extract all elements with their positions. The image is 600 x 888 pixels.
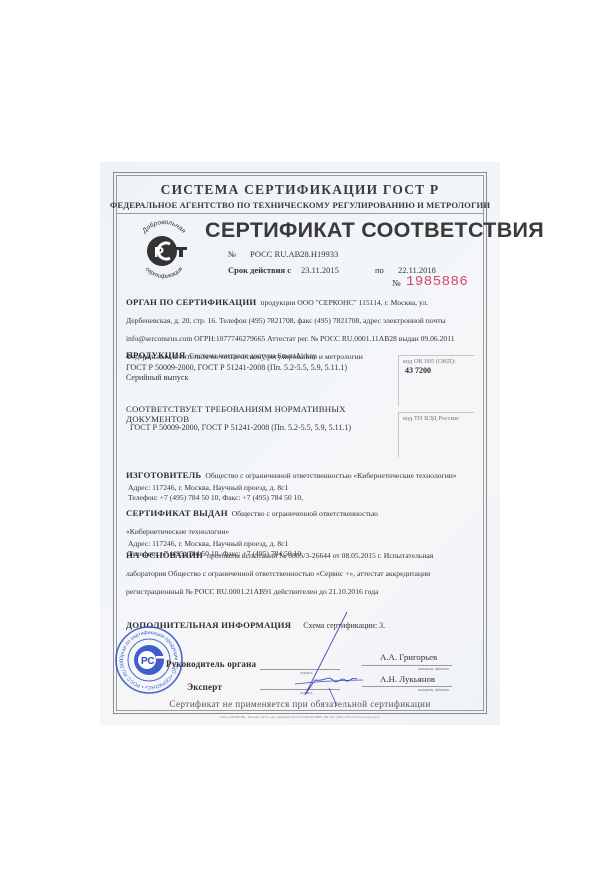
validity-label: Срок действия с xyxy=(228,265,291,275)
certification-body-heading: ОРГАН ПО СЕРТИФИКАЦИИ xyxy=(126,297,256,307)
svg-text:сертификация: сертификация xyxy=(144,266,185,280)
manufacturer-address: Адрес: 117246, г. Москва, Научный проезд… xyxy=(126,483,471,493)
valid-from: 23.11.2015 xyxy=(301,265,339,275)
okp-code-label: код ОК 005 (ОКП): xyxy=(399,356,474,365)
issued-to-heading: СЕРТИФИКАТ ВЫДАН xyxy=(126,508,228,518)
compliance-heading: СООТВЕТСТВУЕТ ТРЕБОВАНИЯМ НОРМАТИВНЫХ ДО… xyxy=(126,404,396,424)
compliance-section: СООТВЕТСТВУЕТ ТРЕБОВАНИЯМ НОРМАТИВНЫХ ДО… xyxy=(126,404,396,432)
svg-text:РС: РС xyxy=(141,656,155,667)
system-title: СИСТЕМА СЕРТИФИКАЦИИ ГОСТ Р xyxy=(100,182,500,198)
expert-name: А.Н. Лукьянов xyxy=(380,674,435,684)
expert-label: Эксперт xyxy=(187,682,222,692)
handwritten-signature-icon xyxy=(285,610,365,710)
serial-number-label: № xyxy=(392,278,401,288)
head-name: А.А. Григорьев xyxy=(380,652,437,662)
reg-number-label: № xyxy=(228,249,236,259)
expert-name-caption: инициалы, фамилия xyxy=(418,688,449,692)
manufacturer-phone: Телефон: +7 (495) 784 50 10, Факс: +7 (4… xyxy=(126,493,471,503)
head-of-body-label: Руководитель органа xyxy=(166,659,256,669)
header-divider xyxy=(117,213,483,214)
product-section: ПРОДУКЦИЯ Система контроля доступа Smart… xyxy=(126,345,396,382)
rst-logo-icon: Добровольная сертификация Р xyxy=(132,218,196,282)
manufacturer-name: Общество с ограниченной ответственностью… xyxy=(205,471,456,480)
manufacturer-section: ИЗГОТОВИТЕЛЬ Общество с ограниченной отв… xyxy=(126,465,471,502)
serial-number: 1985886 xyxy=(406,274,468,290)
product-name: Система контроля доступа SmartAirkey xyxy=(189,351,316,360)
tnved-code-value xyxy=(399,422,474,423)
svg-text:Добровольная: Добровольная xyxy=(141,219,188,235)
head-name-caption: инициалы, фамилия xyxy=(418,667,449,671)
expert-name-line xyxy=(362,686,452,687)
reg-number: РОСС RU.АВ28.Н19933 xyxy=(250,249,338,259)
agency-name: ФЕДЕРАЛЬНОЕ АГЕНТСТВО ПО ТЕХНИЧЕСКОМУ РЕ… xyxy=(100,200,500,210)
tnved-code-label: код ТН ВЭД России: xyxy=(399,413,474,422)
product-heading: ПРОДУКЦИЯ xyxy=(126,350,185,360)
compliance-standards: ГОСТ Р 50009-2000, ГОСТ Р 51241-2008 (Пп… xyxy=(126,424,396,432)
basis-section: НА ОСНОВАНИИ протокола испытаний № 0805/… xyxy=(126,545,471,599)
certificate-sheet: СИСТЕМА СЕРТИФИКАЦИИ ГОСТ Р ФЕДЕРАЛЬНОЕ … xyxy=(100,162,500,725)
voluntary-note: Сертификат не применяется при обязательн… xyxy=(100,699,500,709)
product-release: Серийный выпуск xyxy=(126,373,396,383)
okp-code-value: 43 7200 xyxy=(399,365,474,375)
head-name-line xyxy=(362,665,452,666)
tnved-code-box: код ТН ВЭД России: xyxy=(398,412,474,457)
manufacturer-heading: ИЗГОТОВИТЕЛЬ xyxy=(126,470,201,480)
printer-info: ЗАО «ОПЦИОН», Москва, 2015, «А» лицензия… xyxy=(100,715,500,719)
valid-to-label: по xyxy=(375,265,384,275)
basis-heading: НА ОСНОВАНИИ xyxy=(126,550,203,560)
product-standards: ГОСТ Р 50009-2000, ГОСТ Р 51241-2008 (Пп… xyxy=(126,363,396,373)
okp-code-box: код ОК 005 (ОКП): 43 7200 xyxy=(398,355,474,406)
certificate-title: СЕРТИФИКАТ СООТВЕТСТВИЯ xyxy=(205,218,544,243)
